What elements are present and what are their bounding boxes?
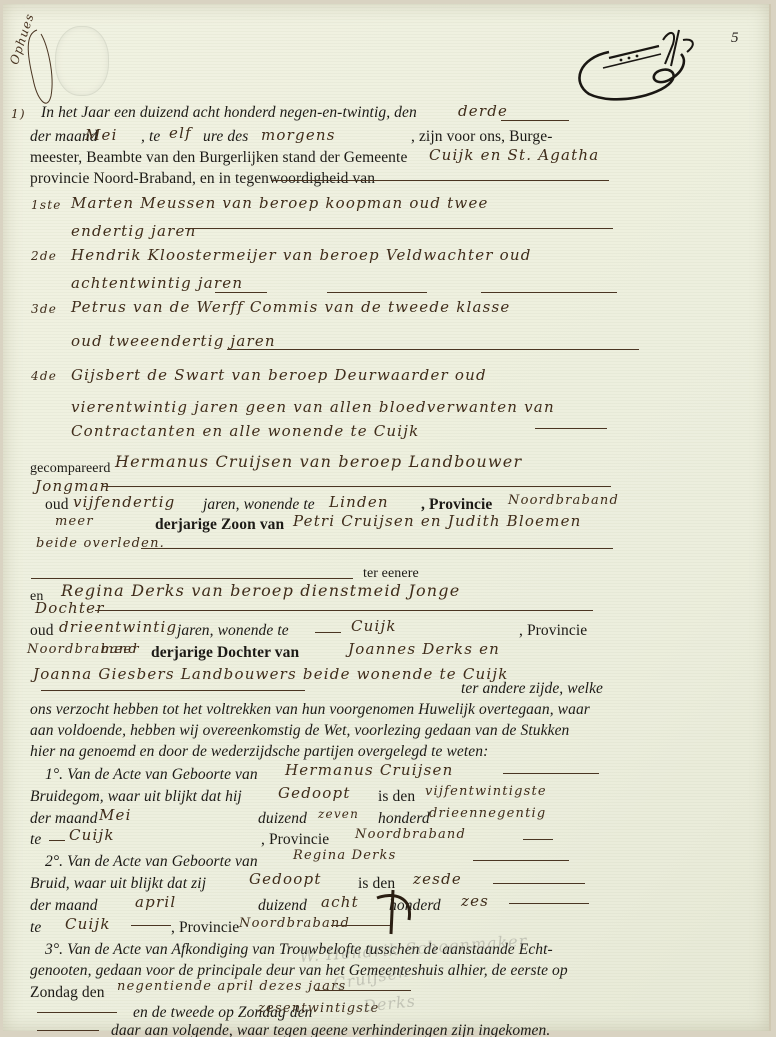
doc-1-day: vijfentwintigste	[425, 784, 547, 799]
doc-1-label-honderd: honderd	[378, 810, 430, 828]
doc-1-month: Mei	[99, 806, 132, 824]
witness-4-line-2: vierentwintig jaren geen van allen bloed…	[71, 398, 555, 416]
intro-line-3: meester, Beambte van den Burgerlijken st…	[30, 149, 407, 167]
witness-4-line-1: Gijsbert de Swart van beroep Deurwaarder…	[71, 366, 487, 384]
groom-parents: Petri Cruijsen en Judith Bloemen	[293, 512, 582, 530]
pen-stroke-icon	[363, 884, 423, 944]
doc-2-title-text: Van de Acte van Geboorte van	[67, 853, 258, 870]
doc-1-number: 1°.	[45, 766, 63, 783]
entry-number: 1)	[11, 107, 26, 121]
page-number: 5	[731, 30, 739, 47]
doc-2-month: april	[135, 893, 176, 911]
doc-2-year-rest: zes	[461, 892, 489, 910]
bride-parents-line-1: Joannes Derks en	[348, 640, 500, 658]
body-text-line-3: hier na genoemd en door de wederzijdsche…	[30, 743, 488, 761]
bride-residence: Cuijk	[351, 617, 397, 635]
intro-municipality: Cuijk en St. Agatha	[429, 146, 599, 164]
doc-1-event: Gedoopt	[278, 784, 351, 802]
doc-2-province: Noordbraband	[239, 916, 350, 931]
groom-province: Noordbraband	[508, 493, 619, 508]
groom-name-occupation: Hermanus Cruijsen van beroep Landbouwer	[115, 452, 522, 471]
doc-1-title: 1°. Van de Acte van Geboorte van	[45, 766, 258, 784]
witness-4-ordinal: 4de	[31, 369, 57, 383]
doc-1-label-te: te	[30, 831, 41, 849]
doc-2-label-te: te	[30, 919, 41, 937]
witness-1-ordinal: 1ste	[31, 198, 62, 212]
groom-majority: meer	[55, 514, 94, 529]
body-text-line-2: aan voldoende, hebben wij overeenkomstig…	[30, 722, 569, 740]
banns-second-date: zesentwintigste	[258, 1001, 379, 1016]
bride-label-oud: oud	[30, 622, 54, 640]
bride-age: drieentwintig	[59, 618, 177, 636]
doc-2-label-month: der maand	[30, 897, 98, 915]
witness-2-line-2: achtentwintig jaren	[71, 274, 243, 292]
doc-2-name: Regina Derks	[293, 848, 397, 863]
register-page: Ophues 5 1) In het Jaar een duizend acht…	[3, 4, 771, 1031]
doc-1-province: Noordbraband	[355, 827, 466, 842]
doc-1-label-is-den: is den	[378, 788, 415, 806]
doc-2-label-provincie: , Provincie	[171, 919, 239, 937]
banns-line-5: daar aan volgende, waar tegen geene verh…	[111, 1022, 550, 1037]
groom-label-gecompareerd: gecompareerd	[30, 461, 110, 477]
intro-label-burgemeester: , zijn voor ons, Burge-	[411, 128, 553, 146]
doc-2-role: Bruid, waar uit blijkt dat zij	[30, 875, 206, 893]
groom-label-oud: oud	[45, 496, 69, 514]
doc-1-place: Cuijk	[69, 826, 115, 844]
doc-1-name: Hermanus Cruijsen	[285, 761, 453, 779]
doc-2-place: Cuijk	[65, 915, 111, 933]
intro-hour: elf	[169, 124, 192, 142]
doc-1-role: Bruidegom, waar uit blijkt dat hij	[30, 788, 242, 806]
doc-1-label-provincie: , Provincie	[261, 831, 329, 849]
intro-line-1: In het Jaar een duizend acht honderd neg…	[41, 104, 417, 122]
doc-2-label-duizend: duizend	[258, 897, 307, 915]
banns-first-date: negentiende april dezes jaars	[117, 979, 346, 994]
doc-1-title-text: Van de Acte van Geboorte van	[67, 766, 258, 783]
groom-age: vijfendertig	[73, 493, 176, 511]
paraph-signature-icon	[569, 20, 709, 102]
banns-number: 3°.	[45, 941, 63, 958]
doc-1-year-rest: drieennegentig	[429, 806, 546, 821]
margin-loop-icon	[17, 24, 57, 114]
bride-name-occupation: Regina Derks van beroep dienstmeid Jonge	[61, 581, 460, 600]
banns-label-zondag: Zondag den	[30, 984, 105, 1002]
bride-majority: meer	[101, 642, 140, 657]
body-text-line-1: ons verzocht hebben tot het voltrekken v…	[30, 701, 590, 719]
intro-day: derde	[458, 102, 508, 120]
doc-2-year-century: acht	[321, 893, 359, 911]
bride-parents-line-2: Joanna Giesbers Landbouwers beide wonend…	[33, 665, 509, 683]
witness-4-line-3: Contractanten en alle wonende te Cuijk	[71, 422, 419, 440]
intro-time-of-day: morgens	[261, 126, 336, 144]
witness-2-line-1: Hendrik Kloostermeijer van beroep Veldwa…	[71, 246, 532, 264]
bride-label-dochter-van: derjarige Dochter van	[151, 644, 299, 662]
doc-1-year-century: zeven	[318, 807, 359, 821]
intro-label-ure: ure des	[203, 128, 248, 146]
doc-1-label-duizend: duizend	[258, 810, 307, 828]
witness-1-line-1: Marten Meussen van beroep koopman oud tw…	[71, 194, 489, 212]
doc-2-event: Gedoopt	[249, 870, 322, 888]
bride-label-wonende: jaren, wonende te	[177, 622, 289, 640]
embossed-seal-icon	[55, 26, 109, 96]
groom-side-label: ter eenere	[363, 566, 419, 582]
doc-2-number: 2°.	[45, 853, 63, 870]
witness-3-line-2: oud tweeendertig jaren	[71, 332, 276, 350]
bleed-through-signature-3: Derks	[362, 991, 417, 1015]
intro-label-te: , te	[141, 128, 160, 146]
witness-3-line-1: Petrus van de Werff Commis van de tweede…	[71, 298, 511, 316]
bride-status: Dochter	[35, 599, 105, 617]
intro-month: Mei	[85, 126, 118, 144]
witness-3-ordinal: 3de	[31, 302, 57, 316]
intro-line-4: provincie Noord-Braband, en in tegenwoor…	[30, 170, 375, 188]
groom-residence: Linden	[329, 493, 389, 511]
bride-side-label: ter andere zijde, welke	[461, 680, 603, 698]
groom-label-zoon-van: derjarige Zoon van	[155, 516, 284, 534]
doc-2-title: 2°. Van de Acte van Geboorte van	[45, 853, 258, 871]
witness-1-line-2: endertig jaren	[71, 222, 196, 240]
witness-2-ordinal: 2de	[31, 249, 57, 263]
bride-label-provincie: , Provincie	[519, 622, 587, 640]
